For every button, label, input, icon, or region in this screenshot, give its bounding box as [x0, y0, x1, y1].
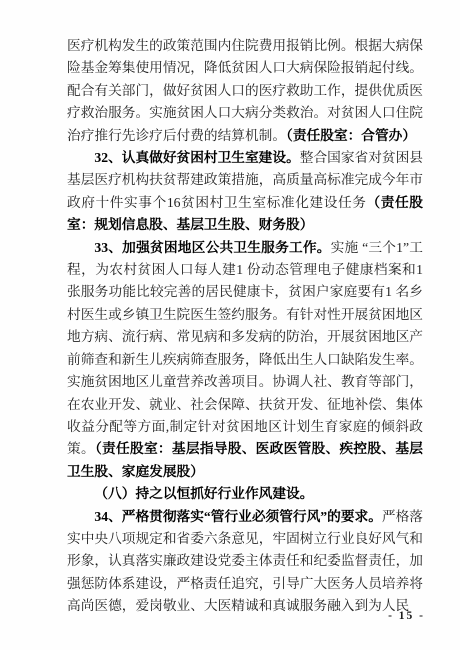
- text-segment: 32、认真做好贫困村卫生室建设。: [94, 150, 299, 165]
- para-34: 34、严格贯彻落实“管行业必须管行风”的要求。严格落实中央八项规定和省委六条意见…: [67, 506, 423, 618]
- text-segment: 严格落实中央八项规定和省委六条意见，牢固树立行业良好风气和形象，认真落实廉政建设…: [67, 509, 423, 614]
- text-segment: （八）持之以恒抓好行业作风建设。: [94, 486, 313, 501]
- text-segment: 实施 “三个1”工程，为农村贫困人口每人建1 份动态管理电子健康档案和1 张服务…: [67, 240, 423, 457]
- text-segment: （责任股室：基层指导股、医政医管股、疾控股、基层卫生股、家庭发展股）: [67, 441, 423, 478]
- para-32: 32、认真做好贫困村卫生室建设。整合国家省对贫困县基层医疗机构扶贫帮建政策措施，…: [67, 147, 423, 237]
- text-segment: 34、严格贯彻落实“管行业必须管行风”的要求。: [94, 509, 382, 524]
- para-33: 33、加强贫困地区公共卫生服务工作。实施 “三个1”工程，为农村贫困人口每人建1…: [67, 237, 423, 483]
- document-page: 医疗机构发生的政策范围内住院费用报销比例。根据大病保险基金筹集使用情况，降低贫困…: [0, 0, 460, 650]
- text-segment: （责任股室：合管办）: [286, 128, 416, 143]
- para-continuation: 医疗机构发生的政策范围内住院费用报销比例。根据大病保险基金筹集使用情况，降低贫困…: [67, 35, 423, 147]
- para-heading-8: （八）持之以恒抓好行业作风建设。: [67, 483, 423, 505]
- page-number: - 15 -: [388, 610, 425, 622]
- text-block: 医疗机构发生的政策范围内住院费用报销比例。根据大病保险基金筹集使用情况，降低贫困…: [67, 35, 423, 618]
- text-segment: 33、加强贫困地区公共卫生服务工作。: [94, 240, 330, 255]
